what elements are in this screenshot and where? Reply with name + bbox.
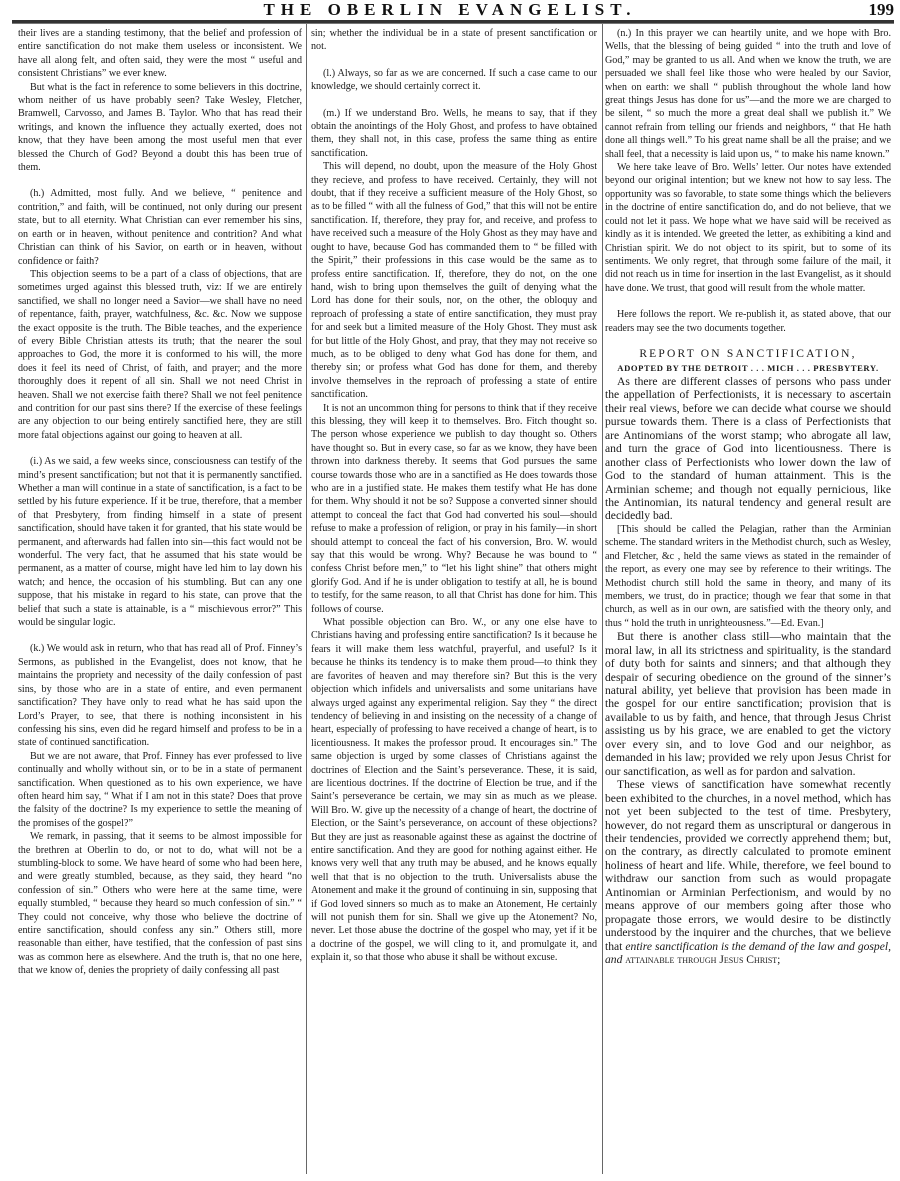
small-caps-text: attainable through Jesus Christ [625, 953, 777, 966]
paragraph: But we are not aware, that Prof. Finney … [18, 750, 302, 830]
report-paragraph: These views of sanctification have somew… [605, 778, 891, 966]
column-3: (n.) In this prayer we can heartily unit… [605, 27, 891, 967]
paragraph: This will depend, no doubt, upon the mea… [311, 160, 597, 401]
masthead: THE OBERLIN EVANGELIST. 199 [0, 0, 900, 20]
column-1: their lives are a standing testimony, th… [18, 27, 302, 978]
paragraph: their lives are a standing testimony, th… [18, 27, 302, 81]
paragraph: (k.) We would ask in return, who that ha… [18, 642, 302, 749]
paragraph: (h.) Admitted, most fully. And we believ… [18, 187, 302, 267]
paragraph: It is not an uncommon thing for persons … [311, 402, 597, 617]
report-body: But there is another class still—who mai… [605, 630, 891, 966]
editor-note: [This should be called the Pelagian, rat… [605, 523, 891, 630]
paragraph: But what is the fact in reference to som… [18, 81, 302, 175]
report-text: These views of sanctification have somew… [605, 778, 891, 952]
column-2: sin; whether the individual be in a stat… [311, 27, 597, 965]
paragraph: This objection seems to be a part of a c… [18, 268, 302, 442]
paragraph: (i.) As we said, a few weeks since, cons… [18, 455, 302, 629]
report-body: As there are different classes of person… [605, 375, 891, 523]
paragraph: Here follows the report. We re-publish i… [605, 308, 891, 335]
page-number: 199 [869, 1, 895, 19]
paragraph: (m.) If we understand Bro. Wells, he mea… [311, 107, 597, 161]
report-title: REPORT ON SANCTIFICATION, [605, 347, 891, 362]
column-divider [602, 24, 603, 1174]
paragraph: We remark, in passing, that it seems to … [18, 830, 302, 977]
column-divider [306, 24, 307, 1174]
paragraph: (l.) Always, so far as we are concerned.… [311, 67, 597, 94]
report-text: ; [777, 953, 780, 966]
report-subtitle: ADOPTED BY THE DETROIT . . . MICH . . . … [605, 362, 891, 375]
paragraph: (n.) In this prayer we can heartily unit… [605, 27, 891, 161]
emphasis-text: entire sanctification is the demand of t… [625, 940, 891, 953]
paragraph: What possible objection can Bro. W., or … [311, 616, 597, 965]
report-paragraph: As there are different classes of person… [605, 375, 891, 523]
emphasis-text: and [605, 953, 625, 966]
paragraph: sin; whether the individual be in a stat… [311, 27, 597, 54]
report-paragraph: But there is another class still—who mai… [605, 630, 891, 778]
masthead-rule [12, 20, 894, 24]
paragraph: We here take leave of Bro. Wells’ letter… [605, 161, 891, 295]
editor-note-text: [This should be called the Pelagian, rat… [605, 523, 891, 630]
newspaper-title: THE OBERLIN EVANGELIST. [0, 1, 900, 19]
